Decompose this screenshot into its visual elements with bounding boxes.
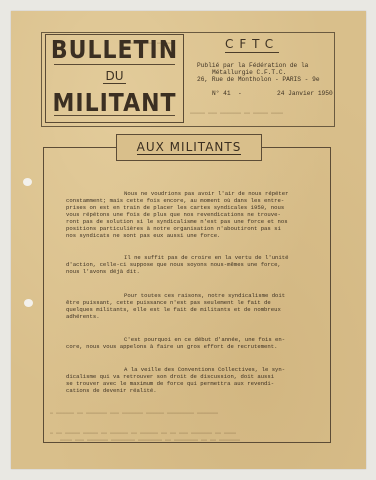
title-rule-top [54,64,175,65]
publisher-address: 26, Rue de Montholon - PARIS - 9e [197,77,320,83]
section-title-text: AUX MILITANTS [137,140,242,155]
issue-date: 24 Janvier 1950 [277,91,333,97]
text-line: dicalisme qui va retrouver son droit de … [66,373,316,380]
text-line: se trouver avec le maximum de force qui … [66,380,316,387]
title-bulletin: BULLETIN [46,38,183,63]
text-line: vous répétons une fois de plus que nos r… [66,211,316,218]
text-line: nos syndicats ne sont pas eux aussi une … [66,232,316,239]
paragraph-1: Nous ne voudrions pas avoir l'air de nou… [66,190,316,239]
text-line: être puissant, cette puissance n'est pas… [66,299,316,306]
union-name: CFTC [225,37,279,53]
text-line: core, nous vous appelons à faire un gros… [66,343,316,350]
title-militant: MILITANT [46,91,183,116]
text-line: Nous ne voudrions pas avoir l'air de nou… [66,190,316,197]
title-du-text: DU [103,69,125,84]
paragraph-5: A la veille des Conventions Collectives,… [66,366,316,394]
paragraph-2: Il ne suffit pas de croire en la vertu d… [66,254,316,275]
punch-hole-bottom [24,299,33,307]
text-line: prises on est en train de placer les car… [66,204,316,211]
issue-number: N° 41 - [212,91,242,97]
title-du: DU [46,69,183,83]
text-line: Pour toutes ces raisons, notre syndicali… [66,292,316,299]
text-line: ront pas de solution si le syndicalisme … [66,218,316,225]
text-line: C'est pourquoi en ce début d'année, une … [66,336,316,343]
text-line: Il ne suffit pas de croire en la vertu d… [66,254,316,261]
paragraph-4: C'est pourquoi en ce début d'année, une … [66,336,316,350]
text-line: A la veille des Conventions Collectives,… [66,366,316,373]
text-line: constamment; mais cette fois encore, au … [66,197,316,204]
paragraph-3: Pour toutes ces raisons, notre syndicali… [66,292,316,320]
section-title: AUX MILITANTS [116,134,262,161]
masthead-title-box: BULLETIN DU MILITANT [45,34,184,123]
text-line: adhérents. [66,313,316,320]
text-line: quelques militants, elle est le fait de … [66,306,316,313]
text-line: d'action, celle-ci suppose que nous soyo… [66,261,316,268]
text-line: cations de devenir réalité. [66,387,316,394]
punch-hole-top [23,178,32,186]
text-line: positions particulières à notre organisa… [66,225,316,232]
text-line: nous l'avons déjà dit. [66,268,316,275]
